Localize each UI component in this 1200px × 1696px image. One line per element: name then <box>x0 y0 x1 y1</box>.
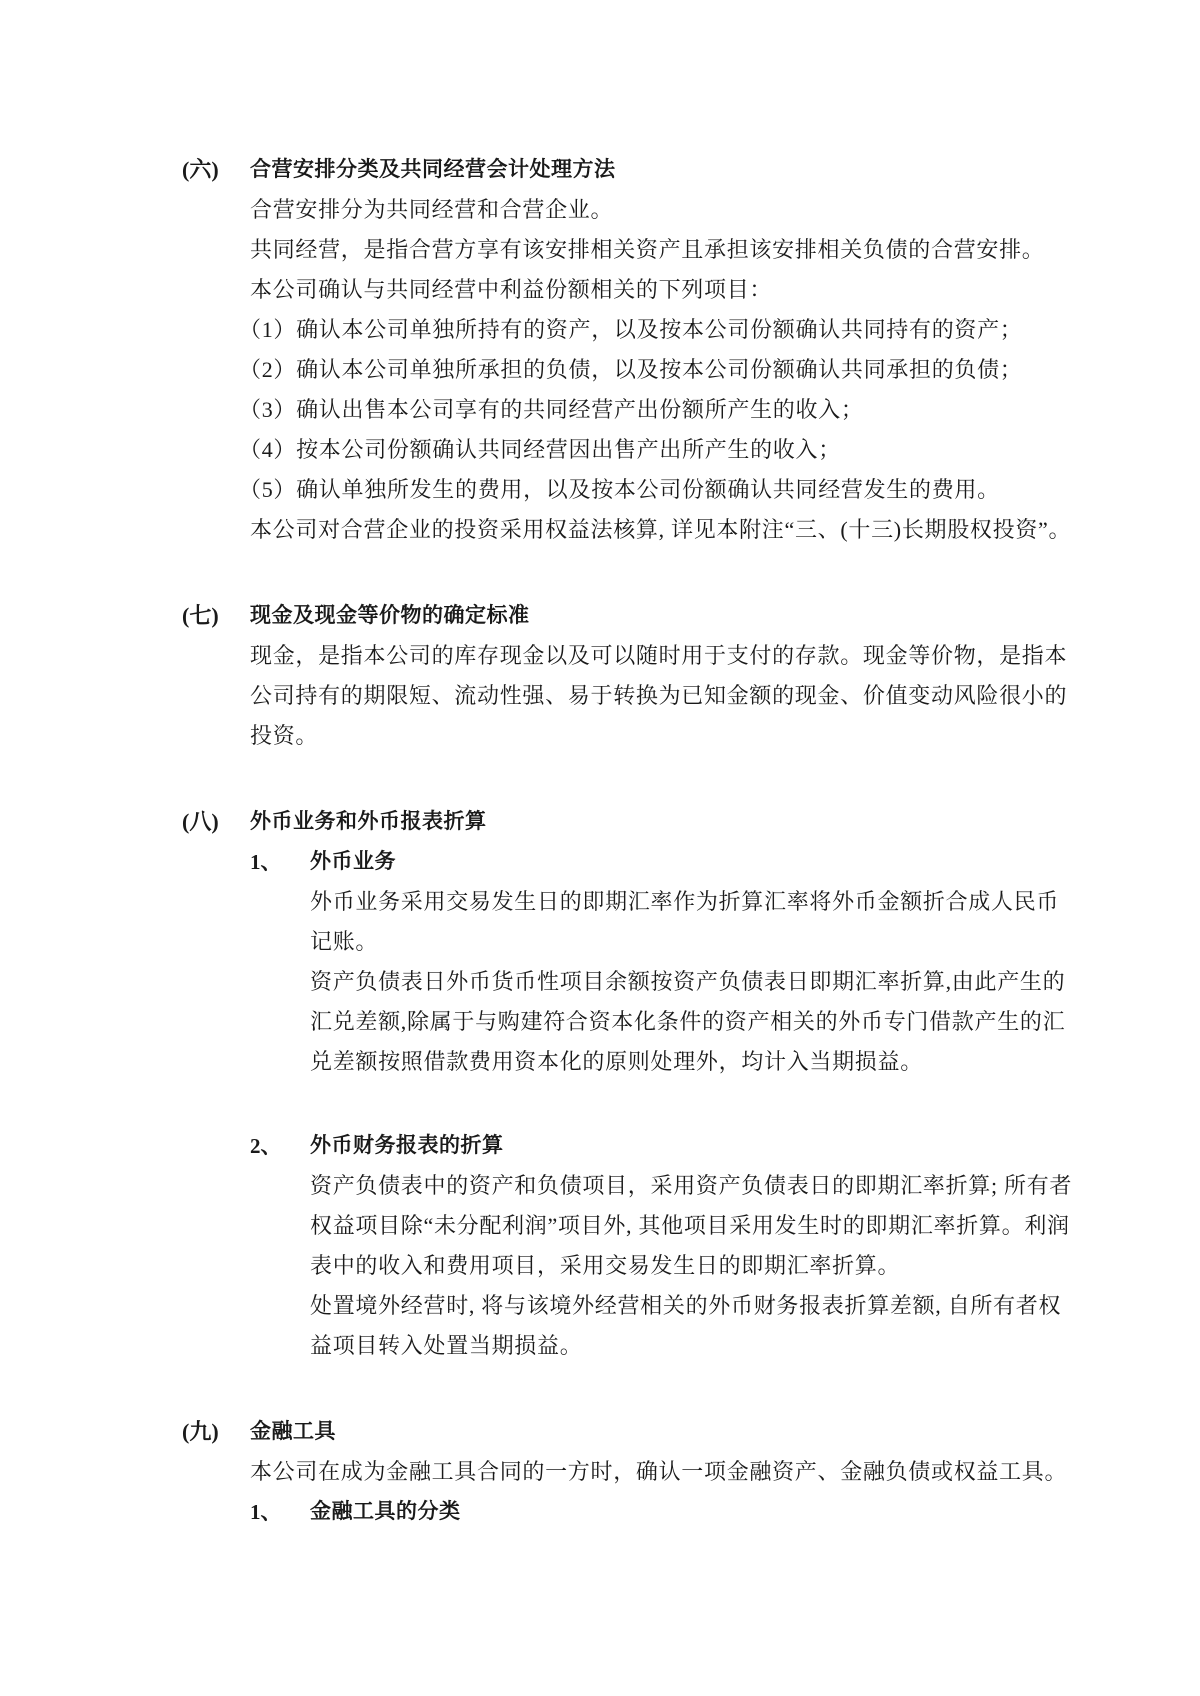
section-title: 合营安排分类及共同经营会计处理方法 <box>250 150 1060 190</box>
paragraph-line: 表中的收入和费用项目，采用交易发生日的即期汇率折算。 <box>310 1246 1060 1286</box>
section-label: (八) <box>182 802 219 842</box>
document-sections: (六)合营安排分类及共同经营会计处理方法合营安排分为共同经营和合营企业。共同经营… <box>0 0 1200 1532</box>
list-item-line: （4）按本公司份额确认共同经营因出售产出所产生的收入； <box>239 430 1060 470</box>
paragraph-line: 现金，是指本公司的库存现金以及可以随时用于支付的存款。现金等价物，是指本 <box>250 636 1060 676</box>
subsection-number: 2、 <box>250 1126 282 1166</box>
paragraph-line: 共同经营，是指合营方享有该安排相关资产且承担该安排相关负债的合营安排。 <box>250 230 1060 270</box>
paragraph-line: 资产负债表日外币货币性项目余额按资产负债表日即期汇率折算,由此产生的 <box>310 962 1060 1002</box>
document-page: (六)合营安排分类及共同经营会计处理方法合营安排分为共同经营和合营企业。共同经营… <box>0 0 1200 1696</box>
section: (九)金融工具本公司在成为金融工具合同的一方时，确认一项金融资产、金融负债或权益… <box>182 1412 1060 1532</box>
paragraph-line: 本公司在成为金融工具合同的一方时，确认一项金融资产、金融负债或权益工具。 <box>250 1452 1060 1492</box>
paragraph-line: 公司持有的期限短、流动性强、易于转换为已知金额的现金、价值变动风险很小的 <box>250 676 1060 716</box>
section-title: 现金及现金等价物的确定标准 <box>250 596 1060 636</box>
paragraph-line: 记账。 <box>310 922 1060 962</box>
section: (七)现金及现金等价物的确定标准现金，是指本公司的库存现金以及可以随时用于支付的… <box>182 596 1060 756</box>
paragraph-line: 投资。 <box>250 716 1060 756</box>
subsection: 2、外币财务报表的折算资产负债表中的资产和负债项目，采用资产负债表日的即期汇率折… <box>250 1126 1060 1366</box>
subsection-title: 外币业务 <box>310 842 1060 882</box>
list-item-line: （1）确认本公司单独所持有的资产，以及按本公司份额确认共同持有的资产； <box>239 310 1060 350</box>
subsection: 1、外币业务外币业务采用交易发生日的即期汇率作为折算汇率将外币金额折合成人民币记… <box>250 842 1060 1082</box>
subsection-title: 金融工具的分类 <box>310 1492 1060 1532</box>
list-item-line: （3）确认出售本公司享有的共同经营产出份额所产生的收入； <box>239 390 1060 430</box>
section: (六)合营安排分类及共同经营会计处理方法合营安排分为共同经营和合营企业。共同经营… <box>182 150 1060 550</box>
subsection-number: 1、 <box>250 1492 282 1532</box>
paragraph-line: 本公司确认与共同经营中利益份额相关的下列项目： <box>250 270 1060 310</box>
paragraph-line: 兑差额按照借款费用资本化的原则处理外，均计入当期损益。 <box>310 1042 1060 1082</box>
subsection-title: 外币财务报表的折算 <box>310 1126 1060 1166</box>
paragraph-line: 合营安排分为共同经营和合营企业。 <box>250 190 1060 230</box>
paragraph-line: 资产负债表中的资产和负债项目，采用资产负债表日的即期汇率折算; 所有者 <box>310 1166 1060 1206</box>
subsection: 1、金融工具的分类 <box>250 1492 1060 1532</box>
paragraph-line: 外币业务采用交易发生日的即期汇率作为折算汇率将外币金额折合成人民币 <box>310 882 1060 922</box>
section: (八)外币业务和外币报表折算1、外币业务外币业务采用交易发生日的即期汇率作为折算… <box>182 802 1060 1366</box>
paragraph-line: 本公司对合营企业的投资采用权益法核算, 详见本附注“三、(十三)长期股权投资”。 <box>250 510 1060 550</box>
section-label: (七) <box>182 596 219 636</box>
paragraph-line: 权益项目除“未分配利润”项目外, 其他项目采用发生时的即期汇率折算。利润 <box>310 1206 1060 1246</box>
section-title: 外币业务和外币报表折算 <box>250 802 1060 842</box>
paragraph-line: 益项目转入处置当期损益。 <box>310 1326 1060 1366</box>
paragraph-line: 处置境外经营时, 将与该境外经营相关的外币财务报表折算差额, 自所有者权 <box>310 1286 1060 1326</box>
section-title: 金融工具 <box>250 1412 1060 1452</box>
list-item-line: （5）确认单独所发生的费用，以及按本公司份额确认共同经营发生的费用。 <box>239 470 1060 510</box>
list-item-line: （2）确认本公司单独所承担的负债，以及按本公司份额确认共同承担的负债； <box>239 350 1060 390</box>
paragraph-line: 汇兑差额,除属于与购建符合资本化条件的资产相关的外币专门借款产生的汇 <box>310 1002 1060 1042</box>
section-label: (六) <box>182 150 219 190</box>
section-label: (九) <box>182 1412 219 1452</box>
subsection-number: 1、 <box>250 842 282 882</box>
